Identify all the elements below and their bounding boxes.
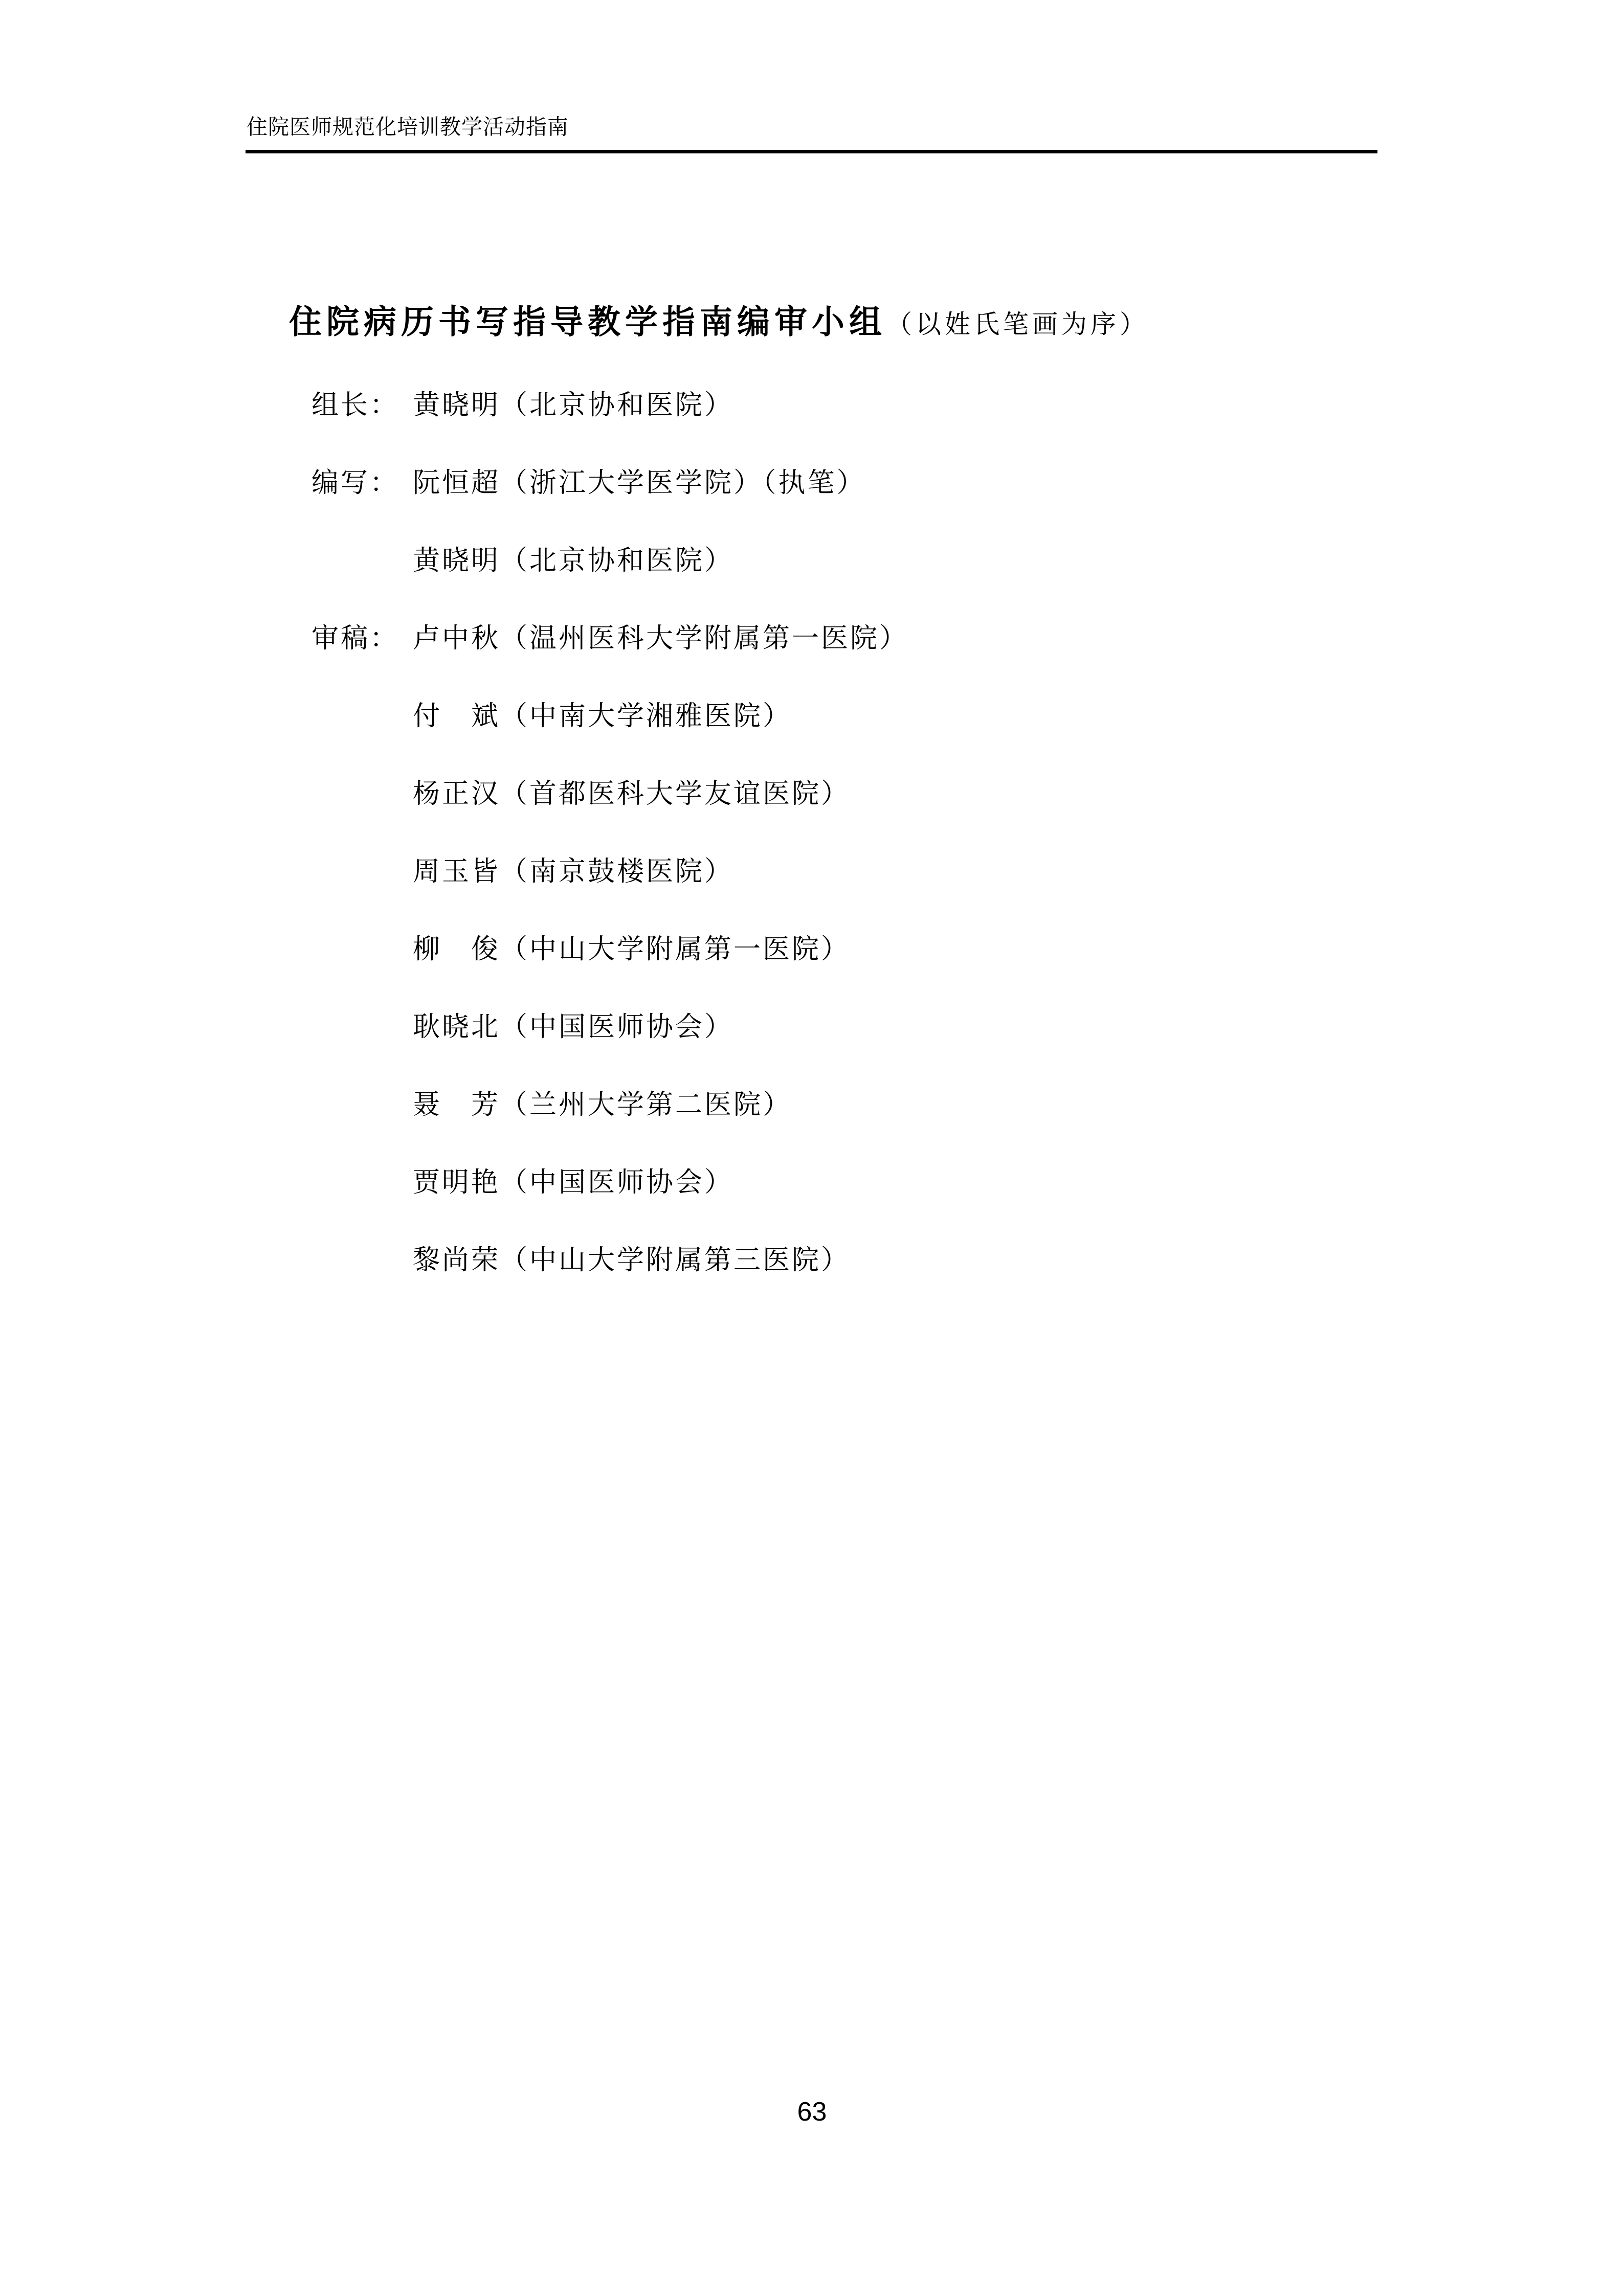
- roster-row: 贾明艳（中国医师协会）: [0, 1161, 1624, 1202]
- roster-entry: 周玉皆（南京鼓楼医院）: [413, 850, 733, 889]
- header-rule: [246, 150, 1377, 153]
- page-number: 63: [0, 2097, 1624, 2127]
- roster-row: 耿晓北（中国医师协会）: [0, 1005, 1624, 1046]
- roster-row: 杨正汉（首都医科大学友谊医院）: [0, 772, 1624, 813]
- roster-row: 黄晓明（北京协和医院）: [0, 539, 1624, 580]
- roster-entry: 贾明艳（中国医师协会）: [413, 1161, 733, 1200]
- roster-entry: 卢中秋（温州医科大学附属第一医院）: [413, 617, 908, 656]
- roster-row: 黎尚荣（中山大学附属第三医院）: [0, 1239, 1624, 1279]
- document-page: 住院医师规范化培训教学活动指南 住院病历书写指导教学指南编审小组（以姓氏笔画为序…: [0, 0, 1624, 2296]
- running-header-title: 住院医师规范化培训教学活动指南: [247, 115, 569, 140]
- roster-entry: 耿晓北（中国医师协会）: [413, 1005, 733, 1044]
- roster-entry: 黄晓明（北京协和医院）: [413, 384, 733, 422]
- roster-role-label: 组长：: [312, 384, 399, 422]
- roster-role-label: 编写：: [312, 461, 399, 500]
- roster-row: 柳 俊（中山大学附属第一医院）: [0, 928, 1624, 969]
- roster-entry: 杨正汉（首都医科大学友谊医院）: [413, 772, 850, 811]
- roster-entry: 聂 芳（兰州大学第二医院）: [413, 1083, 792, 1122]
- roster-row: 编写： 阮恒超（浙江大学医学院）（执笔）: [0, 461, 1624, 502]
- roster-entry: 柳 俊（中山大学附属第一医院）: [413, 928, 850, 966]
- roster-row: 付 斌（中南大学湘雅医院）: [0, 694, 1624, 735]
- section-title-note: （以姓氏笔画为序）: [886, 310, 1149, 339]
- roster-row: 聂 芳（兰州大学第二医院）: [0, 1083, 1624, 1124]
- section-title: 住院病历书写指导教学指南编审小组（以姓氏笔画为序）: [289, 296, 1149, 343]
- roster-entry: 黄晓明（北京协和医院）: [413, 539, 733, 578]
- roster-entry: 付 斌（中南大学湘雅医院）: [413, 694, 792, 733]
- roster-row: 组长： 黄晓明（北京协和医院）: [0, 384, 1624, 424]
- roster-entry: 黎尚荣（中山大学附属第三医院）: [413, 1239, 850, 1277]
- roster-row: 审稿： 卢中秋（温州医科大学附属第一医院）: [0, 617, 1624, 658]
- section-title-main: 住院病历书写指导教学指南编审小组: [289, 304, 886, 340]
- roster-role-label: 审稿：: [312, 617, 399, 656]
- roster-entry: 阮恒超（浙江大学医学院）（执笔）: [413, 461, 866, 500]
- roster-row: 周玉皆（南京鼓楼医院）: [0, 850, 1624, 891]
